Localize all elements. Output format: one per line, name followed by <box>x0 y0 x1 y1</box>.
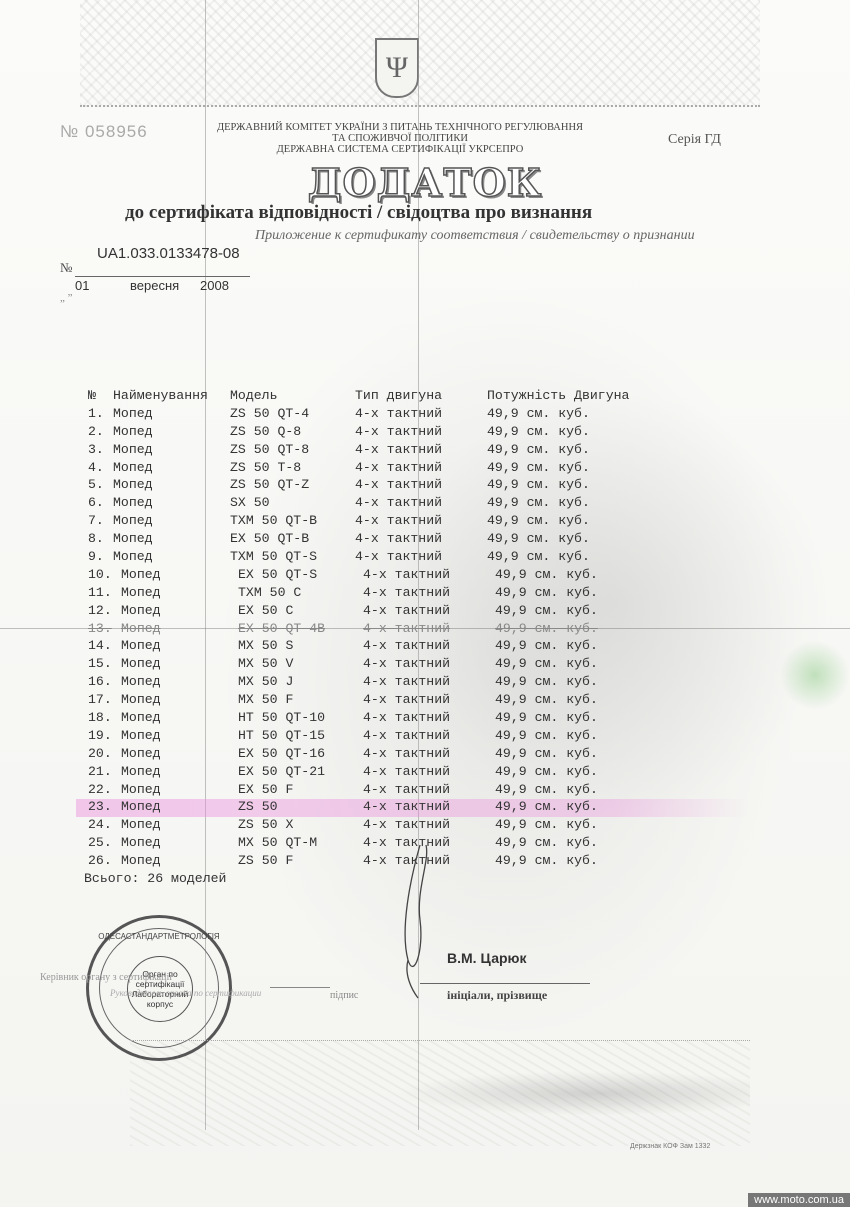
table-row: 2.МопедZS 50 Q-84-х тактний49,9 см. куб. <box>88 424 748 442</box>
row-engine-capacity: 49,9 см. куб. <box>495 799 695 817</box>
row-model: ZS 50 F <box>238 853 363 871</box>
row-name: Мопед <box>121 621 238 639</box>
row-engine-type: 4-х тактний <box>355 477 487 495</box>
head-of-body-label: Керівник органу з сертифікації <box>40 972 172 983</box>
row-name: Мопед <box>121 817 238 835</box>
number-underline <box>75 276 250 277</box>
green-stain <box>780 640 850 710</box>
col-header-engine-type: Тип двигуна <box>355 388 487 406</box>
row-name: Мопед <box>121 710 238 728</box>
top-ornament-border <box>80 0 760 107</box>
row-number: 6. <box>88 495 113 513</box>
row-number: 24. <box>88 817 121 835</box>
signature-label: підпис <box>330 990 358 1001</box>
table-row: 14.МопедMX 50 S4-х тактний49,9 см. куб. <box>88 638 748 656</box>
row-model: MX 50 S <box>238 638 363 656</box>
row-number: 22. <box>88 782 121 800</box>
org-line: Державний комітет України з питань техні… <box>190 122 610 133</box>
row-engine-capacity: 49,9 см. куб. <box>487 495 687 513</box>
row-number: 21. <box>88 764 121 782</box>
issue-date: 01вересня2008 <box>75 278 229 293</box>
row-engine-capacity: 49,9 см. куб. <box>487 531 687 549</box>
row-number: 12. <box>88 603 121 621</box>
row-model: ZS 50 X <box>238 817 363 835</box>
certificate-page: Ψ № 058956 Державний комітет України з п… <box>0 0 850 1207</box>
row-engine-capacity: 49,9 см. куб. <box>495 746 695 764</box>
row-engine-type: 4-х тактний <box>363 621 495 639</box>
row-number: 7. <box>88 513 113 531</box>
row-number: 4. <box>88 460 113 478</box>
row-engine-type: 4-х тактний <box>355 513 487 531</box>
row-model: MX 50 QT-M <box>238 835 363 853</box>
row-engine-type: 4-х тактний <box>355 460 487 478</box>
row-engine-capacity: 49,9 см. куб. <box>495 728 695 746</box>
document-subtitle: до сертифіката відповідності / свідоцтва… <box>125 202 592 224</box>
document-title: ДОДАТОК <box>0 160 850 205</box>
row-engine-capacity: 49,9 см. куб. <box>495 853 695 871</box>
row-engine-type: 4-х тактний <box>363 567 495 585</box>
row-engine-type: 4-х тактний <box>363 674 495 692</box>
coat-of-arms-trident-icon: Ψ <box>375 38 419 98</box>
row-name: Мопед <box>121 638 238 656</box>
table-row: 16.МопедMX 50 J4-х тактний49,9 см. куб. <box>88 674 748 692</box>
row-engine-capacity: 49,9 см. куб. <box>487 477 687 495</box>
row-engine-type: 4-х тактний <box>363 585 495 603</box>
row-name: Мопед <box>121 656 238 674</box>
table-row: 21.МопедEX 50 QT-214-х тактний49,9 см. к… <box>88 764 748 782</box>
row-engine-type: 4-х тактний <box>363 603 495 621</box>
models-total: Всього: 26 моделей <box>84 871 226 886</box>
row-engine-type: 4-х тактний <box>355 549 487 567</box>
row-model: MX 50 J <box>238 674 363 692</box>
table-row: 6.МопедSX 504-х тактний49,9 см. куб. <box>88 495 748 513</box>
handwritten-signature <box>390 840 450 1000</box>
row-model: MX 50 V <box>238 656 363 674</box>
date-year: 2008 <box>200 278 229 293</box>
row-name: Мопед <box>121 764 238 782</box>
row-model: TXM 50 C <box>238 585 363 603</box>
signature-line <box>270 987 330 988</box>
table-row: 11.МопедTXM 50 C4-х тактний49,9 см. куб. <box>88 585 748 603</box>
table-row: 20.МопедEX 50 QT-164-х тактний49,9 см. к… <box>88 746 748 764</box>
row-engine-type: 4-х тактний <box>363 817 495 835</box>
row-number: 2. <box>88 424 113 442</box>
row-name: Мопед <box>113 442 230 460</box>
row-model: ZS 50 QT-8 <box>230 442 355 460</box>
row-number: 19. <box>88 728 121 746</box>
date-day: 01 <box>75 278 130 293</box>
row-engine-capacity: 49,9 см. куб. <box>487 442 687 460</box>
row-engine-type: 4-х тактний <box>363 782 495 800</box>
row-model: HT 50 QT-10 <box>238 710 363 728</box>
row-name: Мопед <box>121 674 238 692</box>
table-row: 9.МопедTXM 50 QT-S4-х тактний49,9 см. ку… <box>88 549 748 567</box>
table-row: 8.МопедEX 50 QT-B4-х тактний49,9 см. куб… <box>88 531 748 549</box>
stamp-line: корпус <box>147 999 173 1009</box>
head-of-body-sublabel: Руководитель органа по сертификации <box>110 988 261 998</box>
row-engine-type: 4-х тактний <box>355 406 487 424</box>
row-name: Мопед <box>121 853 238 871</box>
row-engine-capacity: 49,9 см. куб. <box>487 460 687 478</box>
row-model: EX 50 QT-B <box>230 531 355 549</box>
row-name: Мопед <box>121 782 238 800</box>
row-engine-capacity: 49,9 см. куб. <box>487 424 687 442</box>
stamp-ring-text: ОДЕСАСТАНДАРТМЕТРОЛОГІЯ <box>89 932 229 941</box>
row-engine-type: 4-х тактний <box>355 442 487 460</box>
row-name: Мопед <box>113 424 230 442</box>
row-model: ZS 50 T-8 <box>230 460 355 478</box>
row-engine-capacity: 49,9 см. куб. <box>487 513 687 531</box>
row-name: Мопед <box>113 477 230 495</box>
date-quote-mark: „ ” <box>60 292 73 304</box>
row-engine-capacity: 49,9 см. куб. <box>495 567 695 585</box>
row-name: Мопед <box>121 746 238 764</box>
row-number: 18. <box>88 710 121 728</box>
row-model: MX 50 F <box>238 692 363 710</box>
row-engine-type: 4-х тактний <box>363 728 495 746</box>
row-model: EX 50 F <box>238 782 363 800</box>
row-engine-capacity: 49,9 см. куб. <box>495 710 695 728</box>
row-engine-capacity: 49,9 см. куб. <box>495 835 695 853</box>
row-engine-capacity: 49,9 см. куб. <box>487 549 687 567</box>
row-name: Мопед <box>113 531 230 549</box>
row-model: ZS 50 QT-4 <box>230 406 355 424</box>
col-header-name: Найменування <box>113 388 230 406</box>
table-row: 15.МопедMX 50 V4-х тактний49,9 см. куб. <box>88 656 748 674</box>
row-number: 5. <box>88 477 113 495</box>
row-number: 8. <box>88 531 113 549</box>
row-engine-capacity: 49,9 см. куб. <box>495 585 695 603</box>
row-engine-capacity: 49,9 см. куб. <box>495 817 695 835</box>
row-engine-type: 4-х тактний <box>363 638 495 656</box>
table-row: 1.МопедZS 50 QT-44-х тактний49,9 см. куб… <box>88 406 748 424</box>
row-name: Мопед <box>113 549 230 567</box>
row-name: Мопед <box>121 728 238 746</box>
row-engine-capacity: 49,9 см. куб. <box>495 782 695 800</box>
row-number: 3. <box>88 442 113 460</box>
row-engine-type: 4-х тактний <box>363 799 495 817</box>
row-model: EX 50 QT-4B <box>238 621 363 639</box>
table-row: 12.МопедEX 50 C4-х тактний49,9 см. куб. <box>88 603 748 621</box>
row-number: 25. <box>88 835 121 853</box>
row-engine-type: 4-х тактний <box>355 424 487 442</box>
name-line <box>420 983 590 984</box>
row-name: Мопед <box>121 835 238 853</box>
col-header-num: № <box>88 388 113 406</box>
row-name: Мопед <box>121 692 238 710</box>
printer-mark: Держзнак КОФ Зам 1332 <box>630 1143 710 1150</box>
row-number: 13. <box>88 621 121 639</box>
table-row: 10.МопедEX 50 QT-S4-х тактний49,9 см. ку… <box>88 567 748 585</box>
org-line: та споживчої політики <box>190 133 610 144</box>
row-name: Мопед <box>113 513 230 531</box>
table-row: 19.МопедHT 50 QT-154-х тактний49,9 см. к… <box>88 728 748 746</box>
document-subtitle-ru: Приложение к сертификату соответствия / … <box>255 228 695 244</box>
row-name: Мопед <box>113 460 230 478</box>
row-number: 26. <box>88 853 121 871</box>
row-model: ZS 50 QT-Z <box>230 477 355 495</box>
row-engine-capacity: 49,9 см. куб. <box>495 638 695 656</box>
row-engine-type: 4-х тактний <box>363 692 495 710</box>
row-number: 11. <box>88 585 121 603</box>
row-engine-type: 4-х тактний <box>363 764 495 782</box>
serial-number: № 058956 <box>60 122 148 142</box>
series-label: Серія ГД <box>668 132 721 148</box>
row-model: ZS 50 <box>238 799 363 817</box>
row-number: 14. <box>88 638 121 656</box>
table-row: 5.МопедZS 50 QT-Z4-х тактний49,9 см. куб… <box>88 477 748 495</box>
row-model: HT 50 QT-15 <box>238 728 363 746</box>
row-name: Мопед <box>121 585 238 603</box>
bottom-ornament <box>130 1040 750 1146</box>
row-number: 23. <box>88 799 121 817</box>
row-number: 1. <box>88 406 113 424</box>
table-row: 3.МопедZS 50 QT-84-х тактний49,9 см. куб… <box>88 442 748 460</box>
table-row: 17.МопедMX 50 F4-х тактний49,9 см. куб. <box>88 692 748 710</box>
row-model: TXM 50 QT-S <box>230 549 355 567</box>
row-name: Мопед <box>121 603 238 621</box>
row-number: 15. <box>88 656 121 674</box>
row-number: 9. <box>88 549 113 567</box>
row-engine-type: 4-х тактний <box>363 656 495 674</box>
number-label: № <box>60 260 72 276</box>
row-engine-capacity: 49,9 см. куб. <box>495 656 695 674</box>
row-engine-capacity: 49,9 см. куб. <box>487 406 687 424</box>
signer-name: В.М. Царюк <box>447 950 527 966</box>
row-number: 20. <box>88 746 121 764</box>
initials-label: ініціали, прізвище <box>447 988 547 1003</box>
row-engine-capacity: 49,9 см. куб. <box>495 621 695 639</box>
row-number: 16. <box>88 674 121 692</box>
row-name: Мопед <box>113 495 230 513</box>
row-model: SX 50 <box>230 495 355 513</box>
row-number: 17. <box>88 692 121 710</box>
row-model: EX 50 QT-21 <box>238 764 363 782</box>
row-engine-capacity: 49,9 см. куб. <box>495 764 695 782</box>
date-month: вересня <box>130 278 200 293</box>
row-model: EX 50 C <box>238 603 363 621</box>
row-engine-capacity: 49,9 см. куб. <box>495 603 695 621</box>
table-row: 7.МопедTXM 50 QT-B4-х тактний49,9 см. ку… <box>88 513 748 531</box>
col-header-engine-capacity: Потужність Двигуна <box>487 388 687 406</box>
row-name: Мопед <box>121 567 238 585</box>
models-table: №НайменуванняМодельТип двигунаПотужність… <box>88 388 748 871</box>
table-row: 23.МопедZS 504-х тактний49,9 см. куб. <box>76 799 748 817</box>
row-model: EX 50 QT-S <box>238 567 363 585</box>
table-row: 13.МопедEX 50 QT-4B4-х тактний49,9 см. к… <box>88 621 748 639</box>
row-engine-type: 4-х тактний <box>355 495 487 513</box>
table-header: №НайменуванняМодельТип двигунаПотужність… <box>88 388 748 406</box>
table-row: 18.МопедHT 50 QT-104-х тактний49,9 см. к… <box>88 710 748 728</box>
row-name: Мопед <box>113 406 230 424</box>
row-number: 10. <box>88 567 121 585</box>
row-model: TXM 50 QT-B <box>230 513 355 531</box>
table-row: 22.МопедEX 50 F4-х тактний49,9 см. куб. <box>88 782 748 800</box>
issuing-organization: Державний комітет України з питань техні… <box>190 122 610 155</box>
table-row: 24.МопедZS 50 X4-х тактний49,9 см. куб. <box>88 817 748 835</box>
row-engine-capacity: 49,9 см. куб. <box>495 692 695 710</box>
row-engine-type: 4-х тактний <box>363 746 495 764</box>
org-line: Державна система сертифікації УкрСЕПРО <box>190 144 610 155</box>
row-model: EX 50 QT-16 <box>238 746 363 764</box>
row-engine-type: 4-х тактний <box>355 531 487 549</box>
row-engine-capacity: 49,9 см. куб. <box>495 674 695 692</box>
site-watermark: www.moto.com.ua <box>748 1193 850 1207</box>
row-engine-type: 4-х тактний <box>363 710 495 728</box>
col-header-model: Модель <box>230 388 355 406</box>
table-row: 4.МопедZS 50 T-84-х тактний49,9 см. куб. <box>88 460 748 478</box>
row-name: Мопед <box>121 799 238 817</box>
row-model: ZS 50 Q-8 <box>230 424 355 442</box>
certificate-number: UA1.033.0133478-08 <box>97 245 240 262</box>
